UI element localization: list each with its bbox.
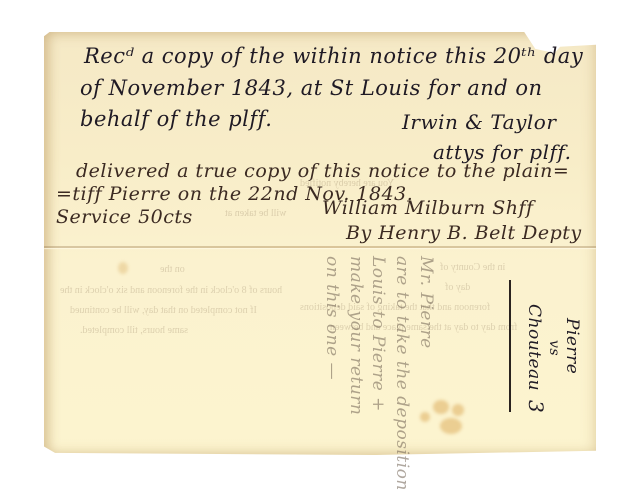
attorney-signature: Irwin & Taylor: [402, 110, 556, 134]
faint-vertical-note-5: on this one —: [322, 256, 342, 380]
water-stain: [440, 418, 462, 434]
bleed-through-text: on the: [160, 264, 185, 275]
bleed-through-text: will be taken at: [225, 208, 286, 219]
docket-defendant-wrap: Chouteau: [524, 304, 544, 391]
docket-number: 3: [524, 400, 548, 413]
deputy-signature: By Henry B. Belt Depty: [346, 222, 582, 244]
water-stain: [433, 400, 449, 414]
faint-note-line-5: on this one —: [322, 256, 342, 380]
faint-vertical-note-4: make your return: [346, 256, 366, 415]
faint-vertical-note: Mr. Pierre: [416, 256, 436, 349]
service-line-1: delivered a true copy of this notice to …: [76, 160, 569, 182]
receipt-line-3: behalf of the plff.: [80, 107, 272, 131]
docket-rule: [509, 280, 511, 412]
bleed-through-text: hours of 8 o'clock in the forenoon and s…: [60, 285, 282, 296]
bleed-through-text: same hours, till completed.: [80, 325, 188, 336]
document-scan: in the County of day of forenoon and tha…: [0, 0, 640, 503]
faint-note-line-4: make your return: [346, 256, 366, 415]
bleed-through-text: If not completed on that day, will be co…: [70, 305, 257, 316]
water-stain: [118, 262, 128, 274]
docket-vs: vs: [546, 340, 562, 356]
receipt-line-1: Recᵈ a copy of the within notice this 20…: [84, 44, 583, 68]
docket-versus: vs: [546, 340, 562, 356]
docket-defendant: Chouteau: [524, 304, 544, 391]
sheriff-signature: William Milburn Shff: [322, 197, 534, 219]
bleed-through-text: in the County of: [440, 262, 505, 273]
faint-vertical-note-3: Louis to Pierre +: [368, 256, 388, 412]
fold-crease: [44, 246, 596, 248]
faint-vertical-note-2: are to take the deposition: [392, 256, 412, 491]
faint-note-line-1: Mr. Pierre: [416, 256, 436, 349]
bleed-through-text: day of: [445, 282, 470, 293]
docket-plaintiff: Pierre: [562, 318, 582, 374]
water-stain: [452, 404, 464, 416]
water-stain: [420, 412, 430, 422]
docket-number-wrap: 3: [524, 400, 548, 413]
faint-note-line-2: are to take the deposition: [392, 256, 412, 491]
receipt-line-2: of November 1843, at St Louis for and on: [80, 76, 543, 100]
docket-case-title: Pierre: [562, 318, 582, 374]
service-fee: Service 50cts: [56, 206, 193, 228]
faint-note-line-3: Louis to Pierre +: [368, 256, 388, 412]
